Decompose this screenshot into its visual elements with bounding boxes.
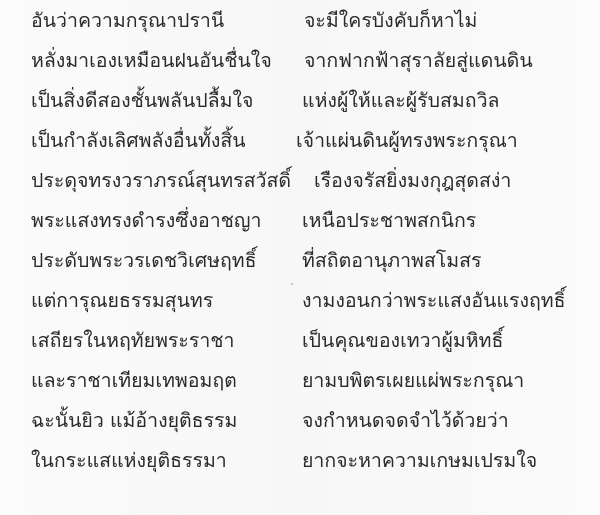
scan-speck xyxy=(291,283,293,285)
poem-line-1: อันว่าความกรุณาปรานี จะมีใครบังคับก็หาไม… xyxy=(31,7,591,47)
line-12-second-half: ยากจะหาความเกษมเปรมใจ xyxy=(302,447,537,475)
line-7-second-half: ที่สถิตอานุภาพสโมสร xyxy=(302,247,481,275)
line-11-first-half: ฉะนั้นยิว แม้อ้างยุติธรรม xyxy=(31,407,237,435)
line-8-second-half: งามงอนกว่าพระแสงอันแรงฤทธิ์ xyxy=(302,287,566,315)
poem-line-9: เสถียรในหฤทัยพระราชา เป็นคุณของเทวาผู้มห… xyxy=(31,327,591,367)
poem-line-10: และราชาเทียมเทพอมฤต ยามบพิตรเผยแผ่พระกรุ… xyxy=(31,367,591,407)
line-1-first-half: อันว่าความกรุณาปรานี xyxy=(31,7,224,35)
line-2-first-half: หลั่งมาเองเหมือนฝนอันชื่นใจ xyxy=(31,47,272,75)
line-4-first-half: เป็นกำลังเลิศพลังอื่นทั้งสิ้น xyxy=(31,127,246,155)
line-10-first-half: และราชาเทียมเทพอมฤต xyxy=(31,367,237,395)
line-5-second-half: เรืองจรัสยิ่งมงกุฎสุดสง่า xyxy=(314,167,511,195)
line-3-second-half: แห่งผู้ให้และผู้รับสมถวิล xyxy=(302,87,499,115)
poem-line-8: แต่การุณยธรรมสุนทร งามงอนกว่าพระแสงอันแร… xyxy=(31,287,591,327)
line-7-first-half: ประดับพระวรเดชวิเศษฤทธิ์ xyxy=(31,247,257,275)
thai-poem: อันว่าความกรุณาปรานี จะมีใครบังคับก็หาไม… xyxy=(31,7,591,487)
line-6-first-half: พระแสงทรงดำรงซึ่งอาชญา xyxy=(31,207,261,235)
poem-line-6: พระแสงทรงดำรงซึ่งอาชญา เหนือประชาพสกนิกร xyxy=(31,207,591,247)
line-11-second-half: จงกำหนดจดจำไว้ด้วยว่า xyxy=(302,407,509,435)
poem-line-4: เป็นกำลังเลิศพลังอื่นทั้งสิ้น เจ้าแผ่นดิ… xyxy=(31,127,591,167)
poem-line-2: หลั่งมาเองเหมือนฝนอันชื่นใจ จากฟากฟ้าสุร… xyxy=(31,47,591,87)
line-12-first-half: ในกระแสแห่งยุติธรรมา xyxy=(31,447,227,475)
poem-line-7: ประดับพระวรเดชวิเศษฤทธิ์ ที่สถิตอานุภาพส… xyxy=(31,247,591,287)
line-2-second-half: จากฟากฟ้าสุราลัยสู่แดนดิน xyxy=(304,47,533,75)
poem-line-5: ประดุจทรงวราภรณ์สุนทรสวัสดิ์ เรืองจรัสยิ… xyxy=(31,167,591,207)
scanned-page: อันว่าความกรุณาปรานี จะมีใครบังคับก็หาไม… xyxy=(0,0,600,515)
poem-line-12: ในกระแสแห่งยุติธรรมา ยากจะหาความเกษมเปรม… xyxy=(31,447,591,487)
line-4-second-half: เจ้าแผ่นดินผู้ทรงพระกรุณา xyxy=(296,127,518,155)
line-1-second-half: จะมีใครบังคับก็หาไม่ xyxy=(304,7,477,35)
line-5-first-half: ประดุจทรงวราภรณ์สุนทรสวัสดิ์ xyxy=(31,167,291,195)
line-8-first-half: แต่การุณยธรรมสุนทร xyxy=(31,287,213,315)
poem-line-3: เป็นสิ่งดีสองชั้นพลันปลื้มใจ แห่งผู้ให้แ… xyxy=(31,87,591,127)
line-9-second-half: เป็นคุณของเทวาผู้มหิทธิ์ xyxy=(302,327,503,355)
line-6-second-half: เหนือประชาพสกนิกร xyxy=(302,207,476,235)
poem-line-11: ฉะนั้นยิว แม้อ้างยุติธรรม จงกำหนดจดจำไว้… xyxy=(31,407,591,447)
line-9-first-half: เสถียรในหฤทัยพระราชา xyxy=(31,327,234,355)
line-3-first-half: เป็นสิ่งดีสองชั้นพลันปลื้มใจ xyxy=(31,87,253,115)
line-10-second-half: ยามบพิตรเผยแผ่พระกรุณา xyxy=(302,367,524,395)
